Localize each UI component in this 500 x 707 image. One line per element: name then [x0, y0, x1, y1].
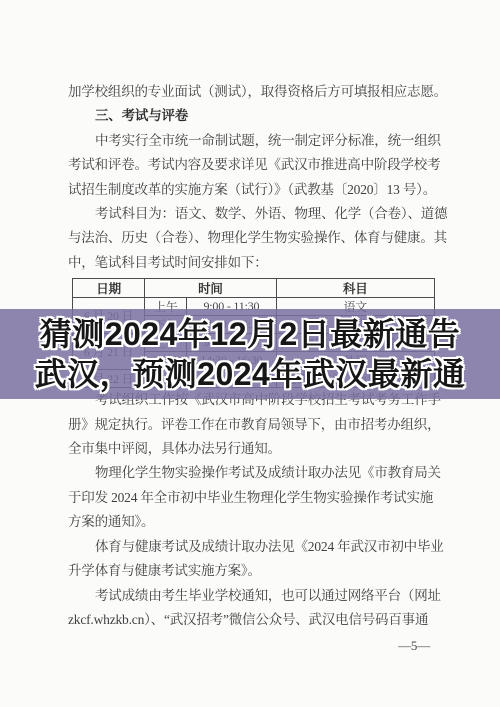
doc-line: 中，笔试科目考试时间安排如下：: [68, 251, 438, 275]
doc-line: 加学校组织的专业面试（测试），取得资格后方可填报相应志愿。: [68, 80, 438, 104]
doc-line: 物理化学生物实验操作考试及成绩计取办法见《市教育局关: [68, 461, 438, 485]
doc-line: 全市集中评阅，具体办法另行通知。: [68, 437, 438, 461]
banner-title-line2: 武汉，预测2024年武汉最新通: [35, 354, 466, 394]
table-header-row: 日期 时间 科目: [73, 279, 435, 298]
doc-line: 册》规定执行。评卷工作在市教育局领导下，由市招考办组织，: [68, 413, 438, 437]
overlay-title-banner: 猜测2024年12月2日最新通告 武汉，预测2024年武汉最新通: [0, 309, 500, 399]
doc-line: 考试和评卷。考试内容及要求详见《武汉市推进高中阶段学校考: [68, 153, 438, 177]
section-heading-exam-and-grading: 三、考试与评卷: [68, 104, 438, 128]
doc-line: zkcf.whzkb.cn）、“武汉招考”微信公众号、武汉电信号码百事通: [68, 608, 438, 632]
doc-line: 于印发 2024 年全市初中毕业生物理化学生物实验操作考试实施: [68, 486, 438, 510]
doc-line: 中考实行全市统一命制试题，统一制定评分标准，统一组织: [68, 129, 438, 153]
doc-line: 方案的通知》。: [68, 510, 438, 534]
page-number: —5—: [68, 634, 438, 658]
doc-line: 考试成绩由考生毕业学校通知，也可以通过网络平台（网址: [68, 584, 438, 608]
banner-title-line1: 猜测2024年12月2日最新通告: [40, 314, 461, 354]
header-time: 时间: [145, 279, 276, 298]
doc-line: 试招生制度改革的实施方案（试行）》（武教基〔2020〕13 号）。: [68, 178, 438, 202]
header-subject: 科目: [276, 279, 434, 298]
doc-line: 与法治、历史（合卷）、物理化学生物实验操作、体育与健康。其: [68, 226, 438, 250]
doc-line: 考试科目为：语文、数学、外语、物理、化学（合卷）、道德: [68, 202, 438, 226]
scanned-notice-page: 加学校组织的专业面试（测试），取得资格后方可填报相应志愿。 三、考试与评卷 中考…: [0, 0, 500, 707]
header-date: 日期: [73, 279, 145, 298]
doc-line: 体育与健康考试及成绩计取办法见《2024 年武汉市初中毕业: [68, 535, 438, 559]
doc-line: 升学体育与健康考试实施方案》。: [68, 559, 438, 583]
